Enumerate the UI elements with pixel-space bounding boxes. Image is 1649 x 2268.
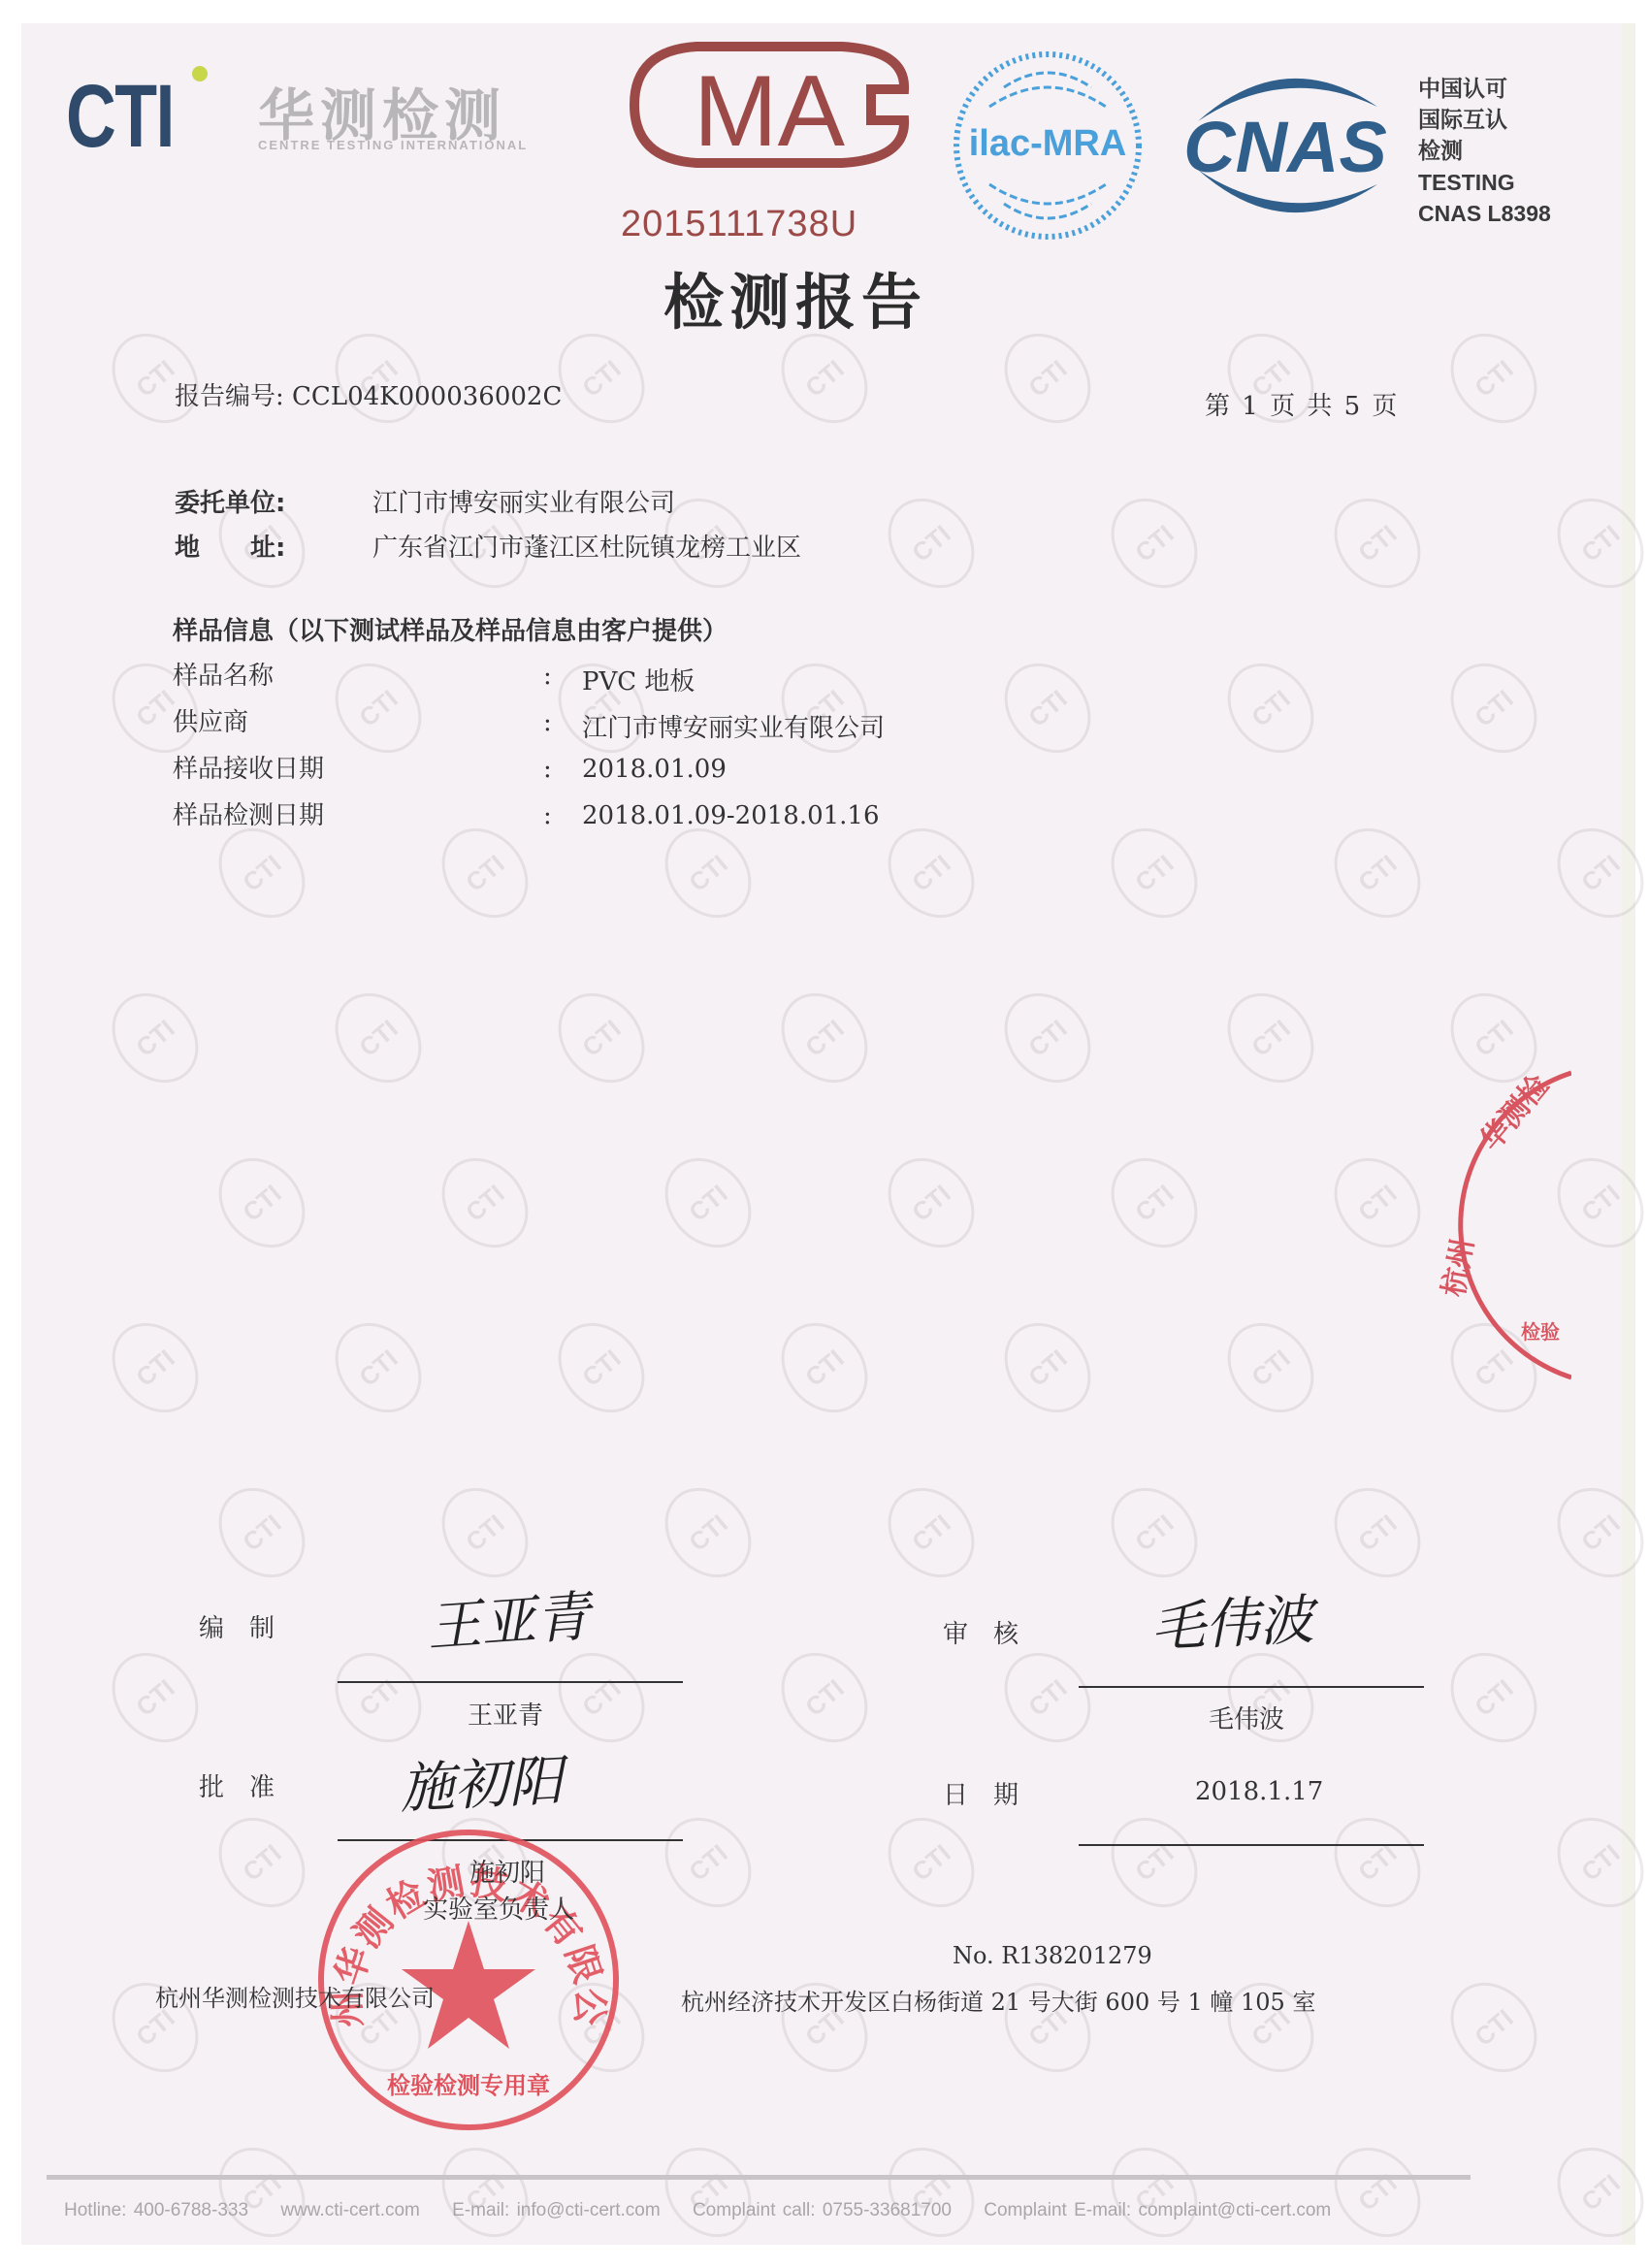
sample-row-colon: : [543,755,552,784]
sample-row-colon: : [543,662,552,691]
sample-info-heading: 样品信息（以下测试样品及样品信息由客户提供） [173,611,727,647]
reviewed-signature-line [1079,1686,1424,1688]
sample-row-label: 样品检测日期 [173,795,324,831]
sample-row-value: PVC 地板 [582,662,695,697]
report-number: 报告编号: CCL04K000036002C [175,376,562,412]
report-number-label: 报告编号: [175,382,284,411]
sample-row-value: 江门市博安丽实业有限公司 [582,708,885,744]
report-number-value: CCL04K000036002C [292,382,562,411]
cnas-line: 检测 [1418,136,1551,167]
cnas-logo-icon: CNAS [1169,53,1402,238]
footer-hotline: Hotline: 400-6788-333 [64,2200,248,2220]
cti-english-name: CENTRE TESTING INTERNATIONAL [258,138,528,152]
approved-signature: 施初阳 [398,1738,565,1825]
sample-row-label: 供应商 [173,702,248,738]
client-address-value: 广东省江门市蓬江区杜阮镇龙榜工业区 [372,528,801,564]
compiled-signature: 王亚青 [424,1573,592,1663]
sample-row-label: 样品名称 [173,656,274,692]
document-title: 检测报告 [663,254,927,340]
sample-row-label: 样品接收日期 [173,749,324,785]
cma-logo-icon: MA [629,41,910,169]
svg-text:检验: 检验 [1521,1320,1560,1344]
company-name: 杭州华测检测技术有限公司 [155,1979,435,2013]
client-unit-value: 江门市博安丽实业有限公司 [372,483,675,519]
ilac-mra-logo-icon: ilac-MRA [951,49,1145,243]
cnas-accreditation-text: 中国认可 国际互认 检测 TESTING CNAS L8398 [1418,74,1551,229]
reviewed-signature: 毛伟波 [1148,1577,1315,1664]
cnas-line: 中国认可 [1418,74,1551,105]
svg-text:MA: MA [694,55,846,168]
svg-text:CNAS: CNAS [1183,107,1387,187]
page-info: 第 1 页 共 5 页 [1205,386,1397,422]
approved-label: 批 准 [199,1767,275,1803]
compiled-signature-line [338,1681,683,1683]
sample-row-colon: : [543,708,552,737]
footer-complaint-email[interactable]: Complaint E-mail: complaint@cti-cert.com [984,2200,1331,2220]
paper-edge [1622,23,1635,2245]
cti-logo: CTI [66,66,174,168]
cma-number: 2015111738U [621,204,857,245]
partial-seal-icon: 华测检 杭州 检验 [1436,1065,1571,1385]
cti-logo-dot [192,66,208,81]
report-date: 2018.1.17 [1195,1777,1323,1806]
svg-text:华测检: 华测检 [1473,1069,1556,1157]
client-unit-label: 委托单位: [175,483,285,519]
cnas-line: 国际互认 [1418,105,1551,136]
approved-title: 实验室负责人 [423,1890,574,1926]
company-address: 杭州经济技术开发区白杨街道 21 号大街 600 号 1 幢 105 室 [681,1983,1315,2017]
footer-website[interactable]: www.cti-cert.com [280,2200,420,2220]
footer-complaint-call: Complaint call: 0755-33681700 [693,2200,952,2220]
cnas-line: TESTING [1418,167,1551,198]
reviewed-name: 毛伟波 [1209,1700,1284,1735]
sample-row-value: 2018.01.09 [582,755,727,784]
footer-divider [47,2175,1471,2180]
svg-text:ilac-MRA: ilac-MRA [969,123,1127,164]
footer-contact: Hotline: 400-6788-333 www.cti-cert.com E… [64,2200,1356,2221]
client-address-label: 地 址: [175,528,285,564]
sample-row-colon: : [543,801,552,830]
date-line [1079,1844,1424,1846]
compiled-name: 王亚青 [468,1696,543,1732]
reviewed-label: 审 核 [943,1614,1018,1650]
footer-email[interactable]: E-mail: info@cti-cert.com [452,2200,661,2220]
sample-row-value: 2018.01.09-2018.01.16 [582,801,880,830]
compiled-label: 编 制 [199,1608,275,1644]
svg-text:检验检测专用章: 检验检测专用章 [387,2072,550,2099]
cnas-line: CNAS L8398 [1418,198,1551,229]
date-label: 日 期 [943,1775,1018,1811]
approved-name: 施初阳 [469,1853,545,1889]
certificate-number: No. R138201279 [953,1942,1152,1969]
